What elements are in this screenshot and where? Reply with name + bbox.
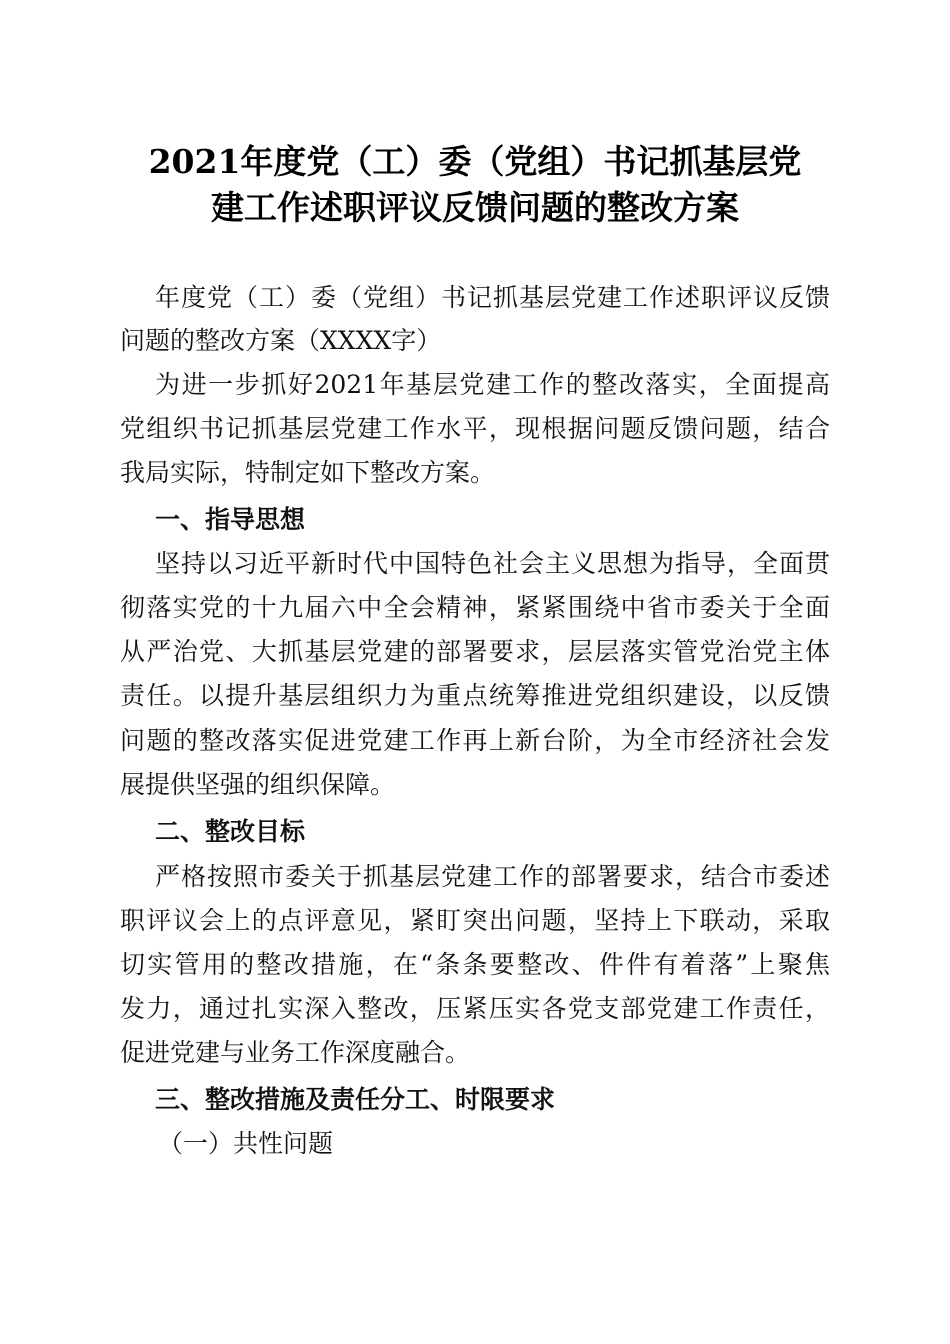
section-2-line-3: 切实管用的整改措施，在“条条要整改、件件有着落”上聚焦 xyxy=(120,948,830,982)
section-1-line-6: 展提供坚强的组织保障。 xyxy=(120,768,830,802)
section-1-line-5: 问题的整改落实促进党建工作再上新台阶，为全市经济社会发 xyxy=(120,724,830,758)
purpose-line-1: 为进一步抓好2021年基层党建工作的整改落实，全面提高 xyxy=(155,368,830,402)
section-heading-rectification-goals: 二、整改目标 xyxy=(155,815,305,849)
document-title-line-2: 建工作述职评议反馈问题的整改方案 xyxy=(0,183,950,233)
subsection-heading-common-issues: （一）共性问题 xyxy=(158,1127,333,1161)
section-2-line-5: 促进党建与业务工作深度融合。 xyxy=(120,1036,830,1070)
section-heading-guiding-ideology: 一、指导思想 xyxy=(155,503,305,537)
intro-line-2: 问题的整改方案（XXXX字） xyxy=(120,324,830,358)
document-title-line-1: 2021年度党（工）委（党组）书记抓基层党 xyxy=(0,137,950,187)
intro-line-1: 年度党（工）委（党组）书记抓基层党建工作述职评议反馈 xyxy=(155,281,830,315)
purpose-line-3: 我局实际，特制定如下整改方案。 xyxy=(120,456,830,490)
section-heading-measures-and-responsibilities: 三、整改措施及责任分工、时限要求 xyxy=(155,1083,555,1117)
document-page: 2021年度党（工）委（党组）书记抓基层党 建工作述职评议反馈问题的整改方案 年… xyxy=(0,0,950,1344)
section-1-line-2: 彻落实党的十九届六中全会精神，紧紧围绕中省市委关于全面 xyxy=(120,591,830,625)
section-1-line-1: 坚持以习近平新时代中国特色社会主义思想为指导，全面贯 xyxy=(155,547,830,581)
section-1-line-4: 责任。以提升基层组织力为重点统筹推进党组织建设，以反馈 xyxy=(120,679,830,713)
purpose-line-2: 党组织书记抓基层党建工作水平，现根据问题反馈问题，结合 xyxy=(120,412,830,446)
section-2-line-1: 严格按照市委关于抓基层党建工作的部署要求，结合市委述 xyxy=(155,860,830,894)
section-2-line-4: 发力，通过扎实深入整改，压紧压实各党支部党建工作责任， xyxy=(120,992,830,1026)
section-1-line-3: 从严治党、大抓基层党建的部署要求，层层落实管党治党主体 xyxy=(120,635,830,669)
section-2-line-2: 职评议会上的点评意见，紧盯突出问题，坚持上下联动，采取 xyxy=(120,904,830,938)
